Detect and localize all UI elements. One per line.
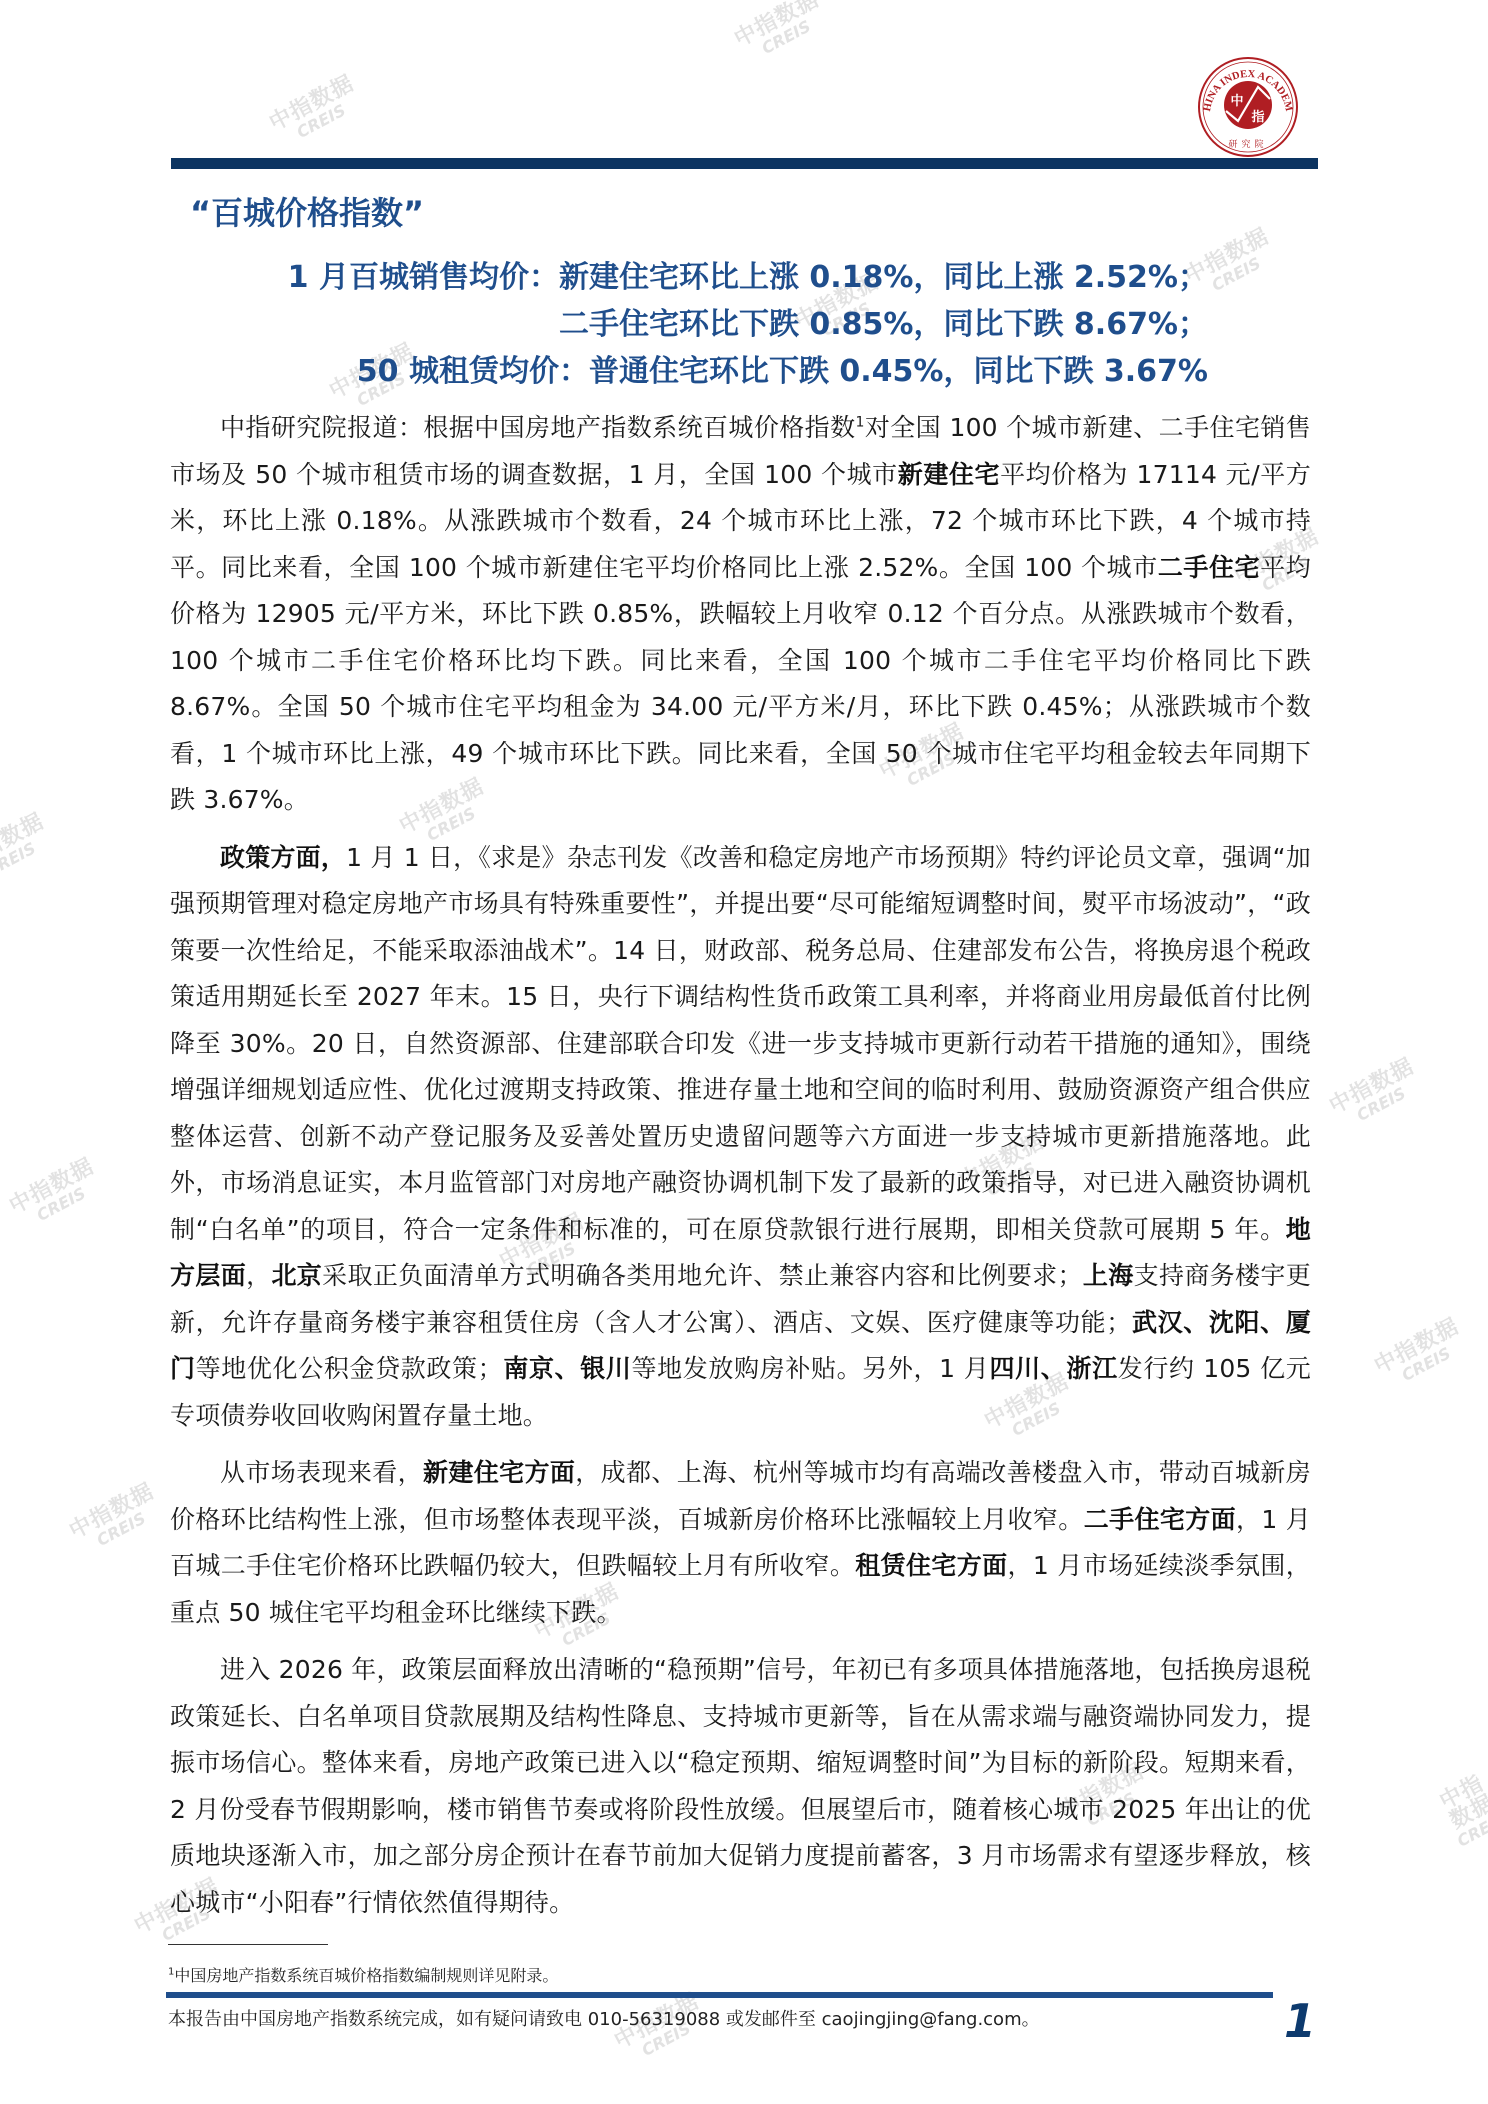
footnote-separator xyxy=(168,1944,328,1945)
paragraph-price-summary: 中指研究院报道：根据中国房地产指数系统百城价格指数1对全国 100 个城市新建、… xyxy=(170,405,1311,824)
paragraph-market-performance: 从市场表现来看，新建住宅方面，成都、上海、杭州等城市均有高端改善楼盘入市，带动百… xyxy=(170,1450,1311,1636)
page-number: 1 xyxy=(1284,1996,1316,2046)
china-index-academy-logo: CHINA INDEX ACADEMY 中 指 研究院 xyxy=(1196,55,1300,159)
report-body: 中指研究院报道：根据中国房地产指数系统百城价格指数1对全国 100 个城市新建、… xyxy=(170,405,1311,1937)
watermark: 中指数据CREIS xyxy=(731,0,831,66)
watermark: 中指数据CREIS xyxy=(1371,1316,1471,1394)
watermark: 中指数据CREIS xyxy=(1326,1056,1426,1134)
headline-rental: 50 城租赁均价：普通住宅环比下跌 0.45%，同比下跌 3.67% xyxy=(357,352,1208,392)
section-title: “百城价格指数” xyxy=(190,193,424,233)
footnote: 1中国房地产指数系统百城价格指数编制规则详见附录。 xyxy=(168,1963,558,1986)
footnote-ref[interactable]: 1 xyxy=(856,415,865,431)
svg-text:中: 中 xyxy=(1230,93,1243,109)
watermark: 中指数据CREIS xyxy=(0,811,56,889)
header-rule xyxy=(171,158,1318,169)
footer-rule xyxy=(166,1992,1273,1998)
watermark: 中指数据CREIS xyxy=(66,1481,166,1559)
watermark: 中指数据CREIS xyxy=(1434,1771,1488,1849)
watermark: 中指数据CREIS xyxy=(266,73,366,151)
footer-contact: 本报告由中国房地产指数系统完成，如有疑问请致电 010-56319088 或发邮… xyxy=(168,2005,1040,2031)
logo-seal-icon: CHINA INDEX ACADEMY 中 指 研究院 xyxy=(1196,55,1300,159)
headline-new-home: 1 月百城销售均价：新建住宅环比上涨 0.18%，同比上涨 2.52%； xyxy=(288,258,1208,298)
paragraph-outlook: 进入 2026 年，政策层面释放出清晰的“稳预期”信号，年初已有多项具体措施落地… xyxy=(170,1647,1311,1926)
headline-second-hand: 二手住宅环比下跌 0.85%，同比下跌 8.67%； xyxy=(559,305,1208,345)
svg-text:指: 指 xyxy=(1250,109,1264,125)
svg-text:研究院: 研究院 xyxy=(1228,138,1267,150)
paragraph-policy: 政策方面，1 月 1 日，《求是》杂志刊发《改善和稳定房地产市场预期》特约评论员… xyxy=(170,835,1311,1440)
watermark: 中指数据CREIS xyxy=(6,1156,106,1234)
